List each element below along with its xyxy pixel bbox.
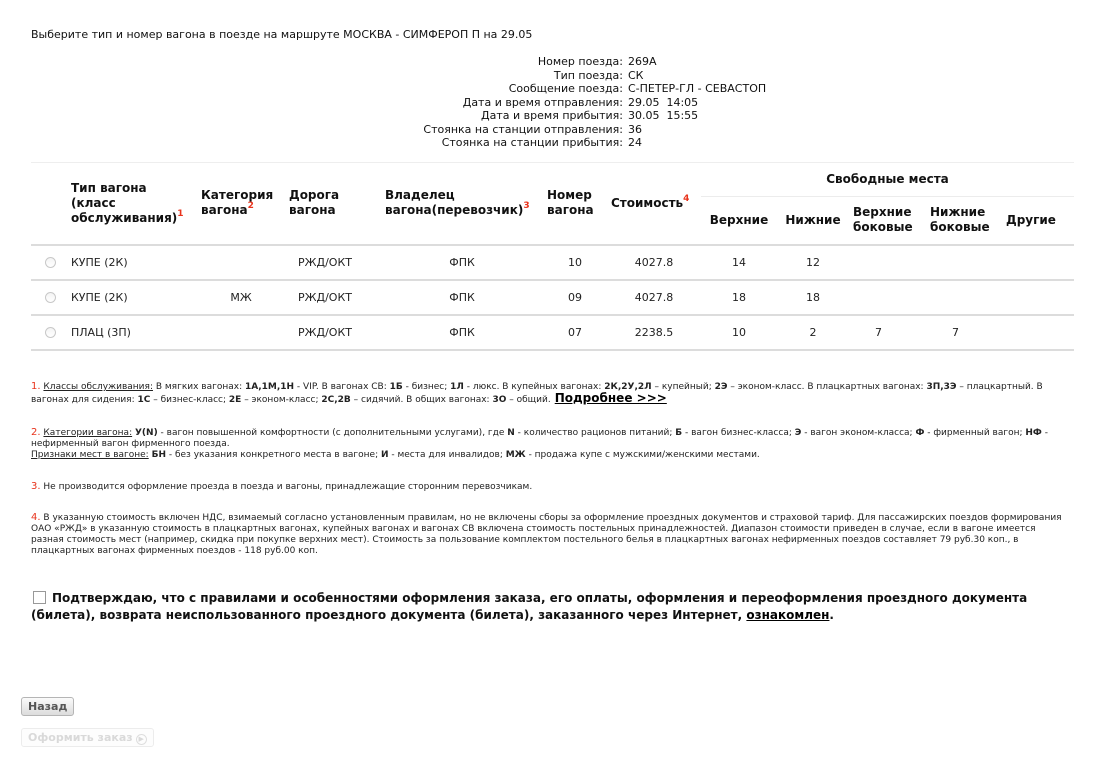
footnote-text: – эконом-класс. В плацкартных вагонах: bbox=[728, 382, 927, 392]
header-upper: Верхние bbox=[701, 197, 777, 245]
footnote-number: 2. bbox=[31, 427, 41, 438]
footnote-title: Признаки мест в вагоне: bbox=[31, 450, 149, 460]
footnote-text: В мягких вагонах: bbox=[153, 382, 245, 392]
train-info-row: Номер поезда:269А bbox=[0, 55, 1101, 69]
select-cell bbox=[31, 315, 67, 350]
footnote-3: 3. Не производится оформление проезда в … bbox=[31, 481, 1071, 493]
wagon-row[interactable]: КУПЕ (2К)МЖРЖД/ОКТФПК094027.81818 bbox=[31, 280, 1074, 315]
train-info-value: С-ПЕТЕР-ГЛ - СЕВАСТОП bbox=[628, 82, 766, 96]
more-info-link[interactable]: Подробнее >>> bbox=[555, 391, 667, 405]
train-info-label: Тип поезда: bbox=[0, 69, 628, 83]
train-info-value: СК bbox=[628, 69, 644, 83]
upper-seats-cell: 14 bbox=[701, 245, 777, 280]
footnote-ref-4[interactable]: 4 bbox=[683, 194, 689, 204]
train-info-row: Дата и время отправления:29.05 14:05 bbox=[0, 96, 1101, 110]
train-info-row: Дата и время прибытия:30.05 15:55 bbox=[0, 109, 1101, 123]
footnote-code: 1С bbox=[138, 395, 151, 405]
header-wagon-owner: Владелец вагона(перевозчик)3 bbox=[381, 163, 543, 245]
lower-seats-cell: 18 bbox=[777, 280, 849, 315]
footnote-code: 2Е bbox=[229, 395, 241, 405]
wagon-type-cell: КУПЕ (2К) bbox=[67, 280, 197, 315]
footnote-1: 1. Классы обслуживания: В мягких вагонах… bbox=[31, 381, 1071, 406]
lower-side-seats-cell bbox=[926, 280, 1002, 315]
footnote-text: – эконом-класс; bbox=[241, 395, 321, 405]
lower-seats-cell: 12 bbox=[777, 245, 849, 280]
train-info-value: 30.05 15:55 bbox=[628, 109, 698, 123]
footnote-4: 4. В указанную стоимость включен НДС, вз… bbox=[31, 512, 1071, 557]
wagon-cost-cell: 4027.8 bbox=[607, 280, 701, 315]
footnote-text: - вагон повышенной комфортности (с допол… bbox=[158, 428, 508, 438]
other-seats-cell bbox=[1002, 280, 1074, 315]
wagon-category-cell: МЖ bbox=[197, 280, 285, 315]
select-cell bbox=[31, 280, 67, 315]
lower-side-seats-cell: 7 bbox=[926, 315, 1002, 350]
header-wagon-category: Категория вагона2 bbox=[197, 163, 285, 245]
wagon-number-cell: 10 bbox=[543, 245, 607, 280]
confirm-checkbox[interactable] bbox=[33, 591, 46, 604]
footnote-code: 3П,3Э bbox=[926, 382, 956, 392]
train-info: Номер поезда:269АТип поезда:СКСообщение … bbox=[0, 55, 1101, 150]
footnote-text: – сидячий. В общих вагонах: bbox=[351, 395, 493, 405]
rules-link[interactable]: ознакомлен bbox=[746, 608, 829, 622]
lower-seats-cell: 2 bbox=[777, 315, 849, 350]
footnote-code: И bbox=[381, 450, 389, 460]
train-info-value: 29.05 14:05 bbox=[628, 96, 698, 110]
footnote-code: НФ bbox=[1025, 428, 1041, 438]
footnote-text: - вагон бизнес-класса; bbox=[682, 428, 795, 438]
footnote-title: Классы обслуживания: bbox=[43, 382, 153, 392]
wagon-road-cell: РЖД/ОКТ bbox=[285, 245, 381, 280]
header-lower: Нижние bbox=[777, 197, 849, 245]
upper-seats-cell: 10 bbox=[701, 315, 777, 350]
footnotes: 1. Классы обслуживания: В мягких вагонах… bbox=[31, 381, 1071, 568]
wagon-number-cell: 09 bbox=[543, 280, 607, 315]
wagon-number-cell: 07 bbox=[543, 315, 607, 350]
train-info-label: Сообщение поезда: bbox=[0, 82, 628, 96]
footnote-text: - продажа купе с мужскими/женскими места… bbox=[526, 450, 760, 460]
footnote-text: - места для инвалидов; bbox=[389, 450, 506, 460]
train-info-label: Номер поезда: bbox=[0, 55, 628, 69]
footnote-text: В указанную стоимость включен НДС, взима… bbox=[31, 513, 1062, 556]
footnote-number: 1. bbox=[31, 381, 41, 392]
upper-seats-cell: 18 bbox=[701, 280, 777, 315]
footnote-text: - бизнес; bbox=[403, 382, 450, 392]
footnote-text: – общий. bbox=[506, 395, 550, 405]
footnote-text: - без указания конкретного места в вагон… bbox=[166, 450, 381, 460]
place-order-button[interactable]: Оформить заказ▶ bbox=[21, 728, 154, 747]
footnote-code: 3О bbox=[492, 395, 506, 405]
upper-side-seats-cell: 7 bbox=[849, 315, 926, 350]
train-info-row: Стоянка на станции прибытия:24 bbox=[0, 136, 1101, 150]
footnote-title: Категории вагона: bbox=[43, 428, 132, 438]
footnote-code: МЖ bbox=[506, 450, 526, 460]
wagon-row[interactable]: ПЛАЦ (3П)РЖД/ОКТФПК072238.510277 bbox=[31, 315, 1074, 350]
train-info-row: Стоянка на станции отправления:36 bbox=[0, 123, 1101, 137]
confirm-text: Подтверждаю, что с правилами и особеннос… bbox=[31, 591, 1027, 622]
footnote-text: - количество рационов питаний; bbox=[515, 428, 675, 438]
wagon-type-cell: КУПЕ (2К) bbox=[67, 245, 197, 280]
train-info-value: 24 bbox=[628, 136, 642, 150]
other-seats-cell bbox=[1002, 245, 1074, 280]
arrow-right-circle-icon: ▶ bbox=[136, 734, 147, 745]
page-intro: Выберите тип и номер вагона в поезде на … bbox=[31, 28, 532, 41]
wagons-table: Тип вагона (класс обслуживания)1 Категор… bbox=[31, 162, 1074, 351]
header-cost: Стоимость4 bbox=[607, 163, 701, 245]
footnote-text: - фирменный вагон; bbox=[924, 428, 1025, 438]
header-wagon-number: Номер вагона bbox=[543, 163, 607, 245]
other-seats-cell bbox=[1002, 315, 1074, 350]
wagon-owner-cell: ФПК bbox=[381, 245, 543, 280]
header-lower-side: Нижние боковые bbox=[926, 197, 1002, 245]
back-button[interactable]: Назад bbox=[21, 697, 74, 716]
train-info-label: Дата и время отправления: bbox=[0, 96, 628, 110]
footnote-number: 4. bbox=[31, 512, 41, 523]
wagon-radio[interactable] bbox=[45, 257, 56, 268]
header-other: Другие bbox=[1002, 197, 1074, 245]
footnote-ref-2[interactable]: 2 bbox=[248, 201, 254, 211]
select-cell bbox=[31, 245, 67, 280]
footnote-text: – бизнес-класс; bbox=[150, 395, 229, 405]
footnote-text: - VIP. В вагонах СВ: bbox=[294, 382, 390, 392]
train-info-label: Дата и время прибытия: bbox=[0, 109, 628, 123]
footnote-ref-3[interactable]: 3 bbox=[523, 201, 529, 211]
wagon-radio[interactable] bbox=[45, 292, 56, 303]
rules-confirmation: Подтверждаю, что с правилами и особеннос… bbox=[31, 590, 1071, 624]
header-wagon-road: Дорога вагона bbox=[285, 163, 381, 245]
train-info-row: Сообщение поезда:С-ПЕТЕР-ГЛ - СЕВАСТОП bbox=[0, 82, 1101, 96]
wagon-owner-cell: ФПК bbox=[381, 280, 543, 315]
wagon-road-cell: РЖД/ОКТ bbox=[285, 280, 381, 315]
footnote-text: Не производится оформление проезда в пое… bbox=[41, 482, 533, 492]
wagon-cost-cell: 2238.5 bbox=[607, 315, 701, 350]
wagon-owner-cell: ФПК bbox=[381, 315, 543, 350]
footnote-number: 3. bbox=[31, 481, 41, 492]
header-upper-side: Верхние боковые bbox=[849, 197, 926, 245]
footnote-ref-1[interactable]: 1 bbox=[177, 209, 183, 219]
train-info-label: Стоянка на станции прибытия: bbox=[0, 136, 628, 150]
wagon-cost-cell: 4027.8 bbox=[607, 245, 701, 280]
footnote-code: 1Л bbox=[450, 382, 464, 392]
footnote-2: 2. Категории вагона: У(N) - вагон повыше… bbox=[31, 427, 1071, 461]
footnote-code: 1А,1М,1Н bbox=[245, 382, 294, 392]
wagon-row[interactable]: КУПЕ (2К)РЖД/ОКТФПК104027.81412 bbox=[31, 245, 1074, 280]
wagon-category-cell bbox=[197, 315, 285, 350]
wagon-category-cell bbox=[197, 245, 285, 280]
header-wagon-type: Тип вагона (класс обслуживания)1 bbox=[67, 163, 197, 245]
header-free-seats: Свободные места bbox=[701, 163, 1074, 197]
lower-side-seats-cell bbox=[926, 245, 1002, 280]
upper-side-seats-cell bbox=[849, 245, 926, 280]
footnote-code: 2Э bbox=[715, 382, 728, 392]
select-column-header bbox=[31, 163, 67, 245]
wagon-type-cell: ПЛАЦ (3П) bbox=[67, 315, 197, 350]
footnote-code: 2С,2В bbox=[321, 395, 350, 405]
upper-side-seats-cell bbox=[849, 280, 926, 315]
footnote-code: 1Б bbox=[390, 382, 403, 392]
footnote-code: N bbox=[507, 428, 515, 438]
footnote-code: БН bbox=[152, 450, 166, 460]
footnote-text: - вагон эконом-класса; bbox=[801, 428, 915, 438]
footnote-code: У(N) bbox=[135, 428, 158, 438]
wagon-radio[interactable] bbox=[45, 327, 56, 338]
train-info-value: 269А bbox=[628, 55, 657, 69]
train-info-label: Стоянка на станции отправления: bbox=[0, 123, 628, 137]
wagon-road-cell: РЖД/ОКТ bbox=[285, 315, 381, 350]
train-info-value: 36 bbox=[628, 123, 642, 137]
train-info-row: Тип поезда:СК bbox=[0, 69, 1101, 83]
